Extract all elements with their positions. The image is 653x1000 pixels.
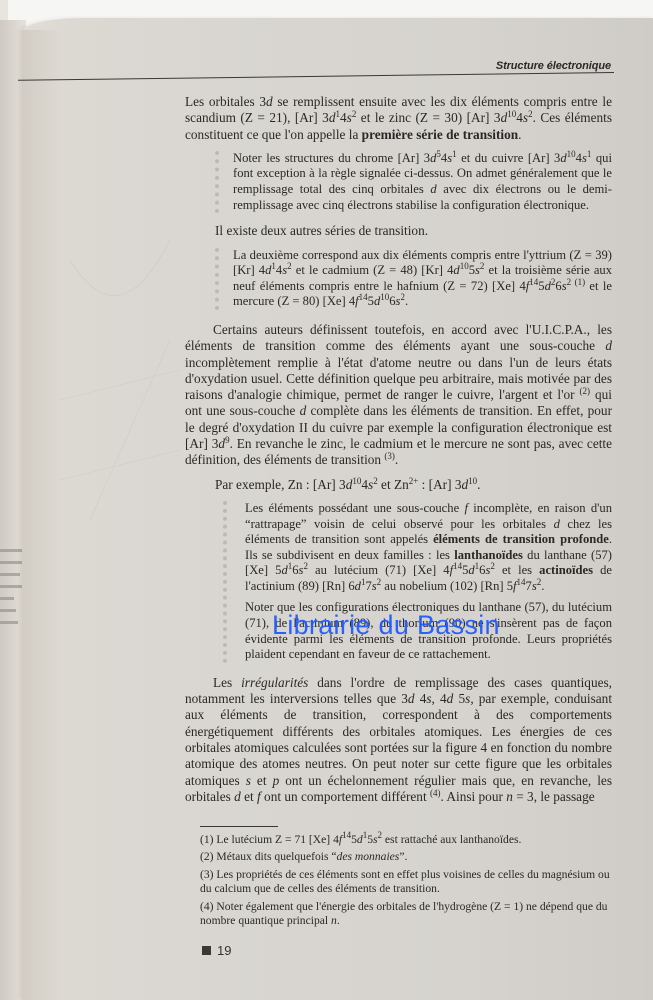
footnote-rule bbox=[200, 826, 278, 827]
square-bullet-icon bbox=[202, 946, 211, 955]
footnote-1: (1) Le lutécium Z = 71 [Xe] 4f145d15s2 e… bbox=[200, 833, 618, 847]
show-through-figure bbox=[60, 220, 180, 780]
footnote-ref-4: (4) bbox=[430, 788, 441, 798]
term-lanthanoides: lanthanoïdes bbox=[454, 548, 523, 562]
running-header: Structure électronique bbox=[496, 60, 611, 72]
paragraph-uicpa-definition: Certains auteurs définissent toutefois, … bbox=[185, 322, 612, 469]
note-second-third-series: La deuxième correspond aux dix éléments … bbox=[215, 248, 612, 310]
term-transition-profonde: éléments de transition profonde bbox=[433, 532, 609, 546]
term-actinoides: actinoïdes bbox=[539, 563, 593, 577]
paragraph-first-transition-series: Les orbitales 3d se remplissent ensuite … bbox=[185, 94, 612, 143]
main-text: Les orbitales 3d se remplissent ensuite … bbox=[185, 94, 612, 813]
gutter-shadow bbox=[22, 30, 62, 1000]
paragraph-other-series: Il existe deux autres séries de transiti… bbox=[215, 223, 612, 239]
footnote-3: (3) Les propriétés de ces éléments sont … bbox=[200, 868, 618, 897]
page-number: 19 bbox=[202, 943, 231, 958]
watermark-overlay: Librairie du Bassin bbox=[272, 610, 500, 641]
footnote-ref-3: (3) bbox=[384, 451, 395, 461]
footnotes: (1) Le lutécium Z = 71 [Xe] 4f145d15s2 e… bbox=[200, 826, 618, 931]
note-chrome-cuivre: Noter les structures du chrome [Ar] 3d54… bbox=[215, 151, 612, 213]
footnote-ref-2: (2) bbox=[580, 386, 591, 396]
paragraph-zinc-example: Par exemple, Zn : [Ar] 3d104s2 et Zn2+ :… bbox=[215, 477, 612, 493]
footnote-4: (4) Noter également que l'énergie des or… bbox=[200, 900, 618, 929]
term-premiere-serie: première série de transition bbox=[362, 127, 518, 142]
paragraph-irregularites: Les irrégularités dans l'ordre de rempli… bbox=[185, 675, 612, 805]
footnote-2: (2) Métaux dits quelquefois “des monnaie… bbox=[200, 850, 618, 864]
